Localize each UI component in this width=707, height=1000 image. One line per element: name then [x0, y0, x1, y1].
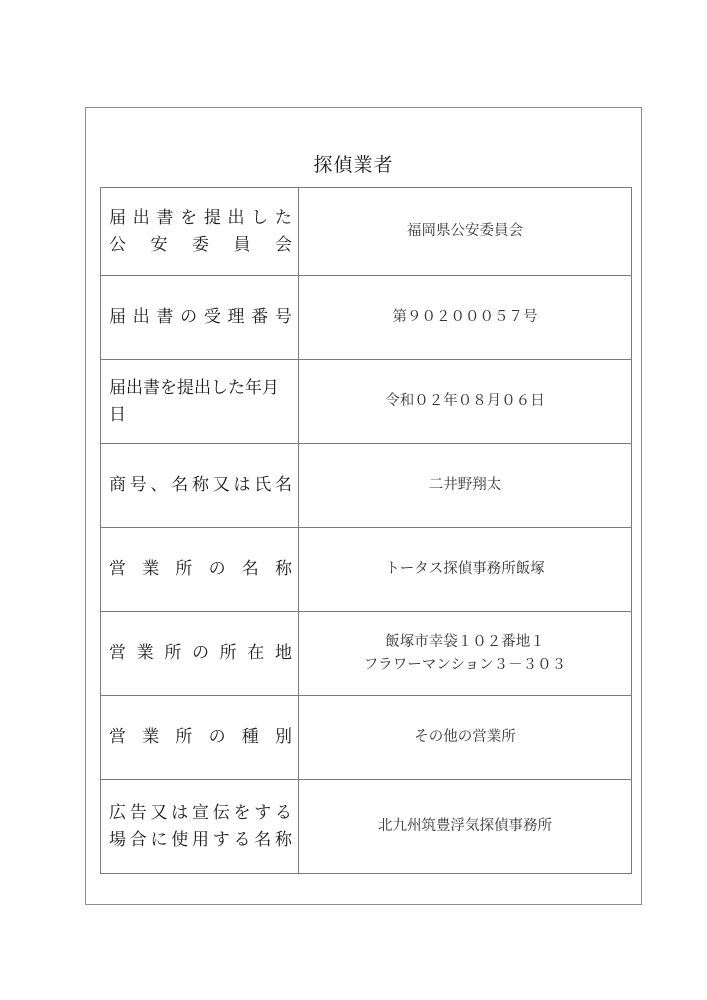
- label-line: 商号、名称又は氏名: [109, 472, 292, 498]
- label-line: 営業所の名称: [109, 556, 292, 582]
- table-row: 営業所の名称 トータス探偵事務所飯塚: [101, 528, 632, 612]
- label-line: 営業所の種別: [109, 724, 292, 750]
- label-office-name: 営業所の名称: [101, 528, 299, 612]
- registration-table: 届出書を提出した 公安委員会 福岡県公安委員会 届出書の受理番号 第９０２０００…: [100, 187, 632, 874]
- table-row: 広告又は宣伝をする 場合に使用する名称 北九州筑豊浮気探偵事務所: [101, 780, 632, 874]
- label-line: 公安委員会: [109, 232, 292, 258]
- label-line: 場合に使用する名称: [109, 827, 292, 853]
- label-line: 届出書を提出した: [109, 205, 292, 231]
- document-title: 探偵業者: [0, 150, 707, 177]
- table-row: 営業所の種別 その他の営業所: [101, 696, 632, 780]
- label-advertising-name: 広告又は宣伝をする 場合に使用する名称: [101, 780, 299, 874]
- value-public-safety-commission: 福岡県公安委員会: [299, 188, 632, 276]
- label-public-safety-commission: 届出書を提出した 公安委員会: [101, 188, 299, 276]
- label-line: 広告又は宣伝をする: [109, 800, 292, 826]
- table-row: 届出書を提出した年月日 令和０２年０８月０６日: [101, 360, 632, 444]
- label-line: 届出書の受理番号: [109, 304, 292, 330]
- value-trade-name: 二井野翔太: [299, 444, 632, 528]
- value-submission-date: 令和０２年０８月０６日: [299, 360, 632, 444]
- label-receipt-number: 届出書の受理番号: [101, 276, 299, 360]
- table-row: 営業所の所在地 飯塚市幸袋１０２番地１ フラワーマンション３－３０３: [101, 612, 632, 696]
- value-receipt-number: 第９０２０００５７号: [299, 276, 632, 360]
- label-submission-date: 届出書を提出した年月日: [101, 360, 299, 444]
- table-row: 商号、名称又は氏名 二井野翔太: [101, 444, 632, 528]
- address-line-2: フラワーマンション３－３０３: [299, 654, 631, 676]
- table-row: 届出書の受理番号 第９０２０００５７号: [101, 276, 632, 360]
- value-office-name: トータス探偵事務所飯塚: [299, 528, 632, 612]
- address-line-1: 飯塚市幸袋１０２番地１: [299, 631, 631, 653]
- table-row: 届出書を提出した 公安委員会 福岡県公安委員会: [101, 188, 632, 276]
- label-trade-name: 商号、名称又は氏名: [101, 444, 299, 528]
- value-office-address: 飯塚市幸袋１０２番地１ フラワーマンション３－３０３: [299, 612, 632, 696]
- value-advertising-name: 北九州筑豊浮気探偵事務所: [299, 780, 632, 874]
- value-office-type: その他の営業所: [299, 696, 632, 780]
- label-line: 営業所の所在地: [109, 640, 292, 666]
- label-office-type: 営業所の種別: [101, 696, 299, 780]
- label-office-address: 営業所の所在地: [101, 612, 299, 696]
